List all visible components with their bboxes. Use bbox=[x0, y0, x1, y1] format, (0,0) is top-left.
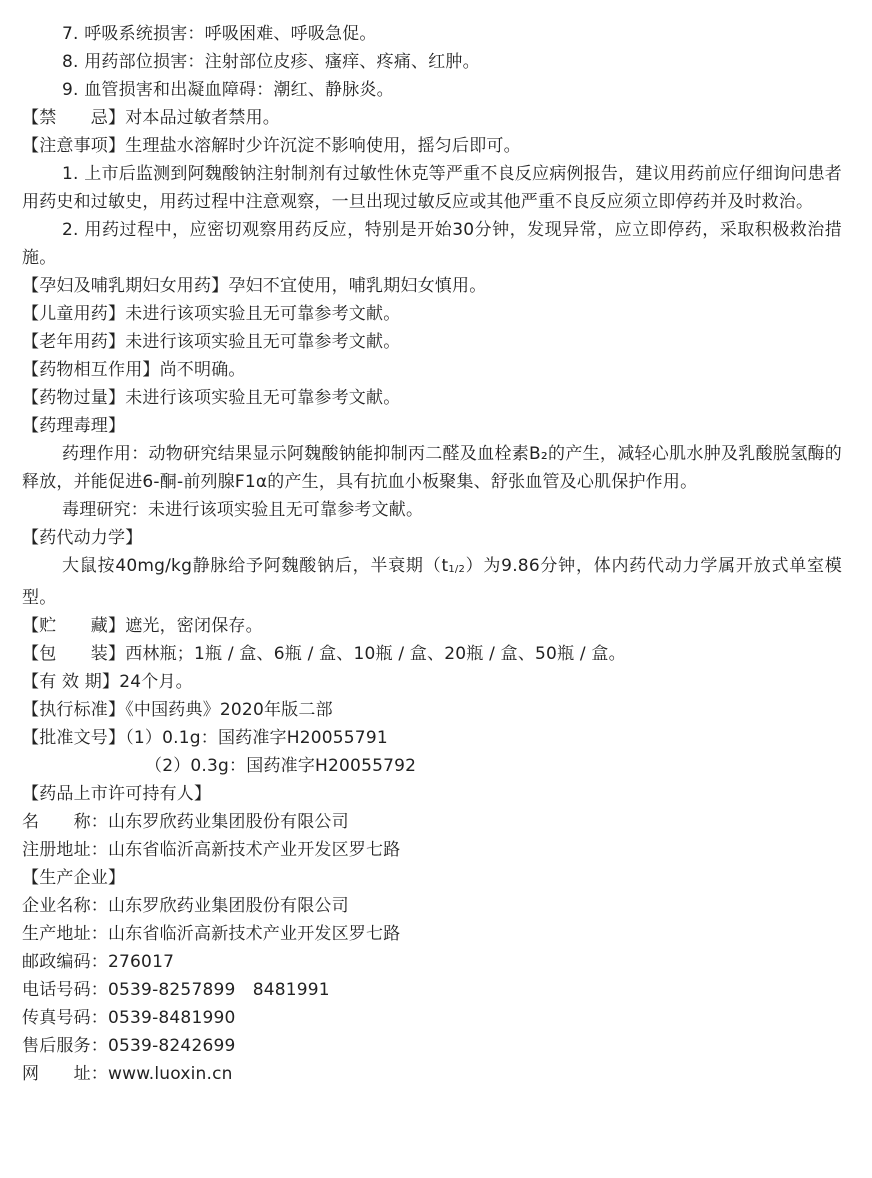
geriatric-section: 【老年用药】未进行该项实验且无可靠参考文献。 bbox=[22, 328, 842, 356]
section-text: 生理盐水溶解时少许沉淀不影响使用，摇匀后即可。 bbox=[125, 136, 521, 156]
section-label: 【包 装】 bbox=[22, 644, 125, 664]
pharmacology-heading: 【药理毒理】 bbox=[22, 412, 842, 440]
precaution-item-1: 1. 上市后监测到阿魏酸钠注射制剂有过敏性休克等严重不良反应病例报告，建议用药前… bbox=[22, 160, 842, 216]
pediatric-section: 【儿童用药】未进行该项实验且无可靠参考文献。 bbox=[22, 300, 842, 328]
section-text: 孕妇不宜使用，哺乳期妇女慎用。 bbox=[228, 276, 486, 296]
mah-address: 注册地址：山东省临沂高新技术产业开发区罗七路 bbox=[22, 836, 842, 864]
section-text: 遮光，密闭保存。 bbox=[125, 616, 263, 636]
approval-number-1: （1）0.1g：国药准字H20055791 bbox=[125, 728, 388, 748]
precaution-item-2: 2. 用药过程中，应密切观察用药反应，特别是开始30分钟，发现异常，应立即停药，… bbox=[22, 216, 842, 272]
section-label: 【禁 忌】 bbox=[22, 108, 125, 128]
manufacturer-name: 企业名称：山东罗欣药业集团股份有限公司 bbox=[22, 892, 842, 920]
manufacturer-address: 生产地址：山东省临沂高新技术产业开发区罗七路 bbox=[22, 920, 842, 948]
section-label: 【老年用药】 bbox=[22, 332, 125, 352]
section-text: 24个月。 bbox=[119, 672, 193, 692]
section-text: 未进行该项实验且无可靠参考文献。 bbox=[125, 388, 400, 408]
section-label: 【孕妇及哺乳期妇女用药】 bbox=[22, 276, 228, 296]
package-section: 【包 装】西林瓶；1瓶 / 盒、6瓶 / 盒、10瓶 / 盒、20瓶 / 盒、5… bbox=[22, 640, 842, 668]
adverse-item-7: 7. 呼吸系统损害：呼吸困难、呼吸急促。 bbox=[22, 20, 842, 48]
contraindications-section: 【禁 忌】对本品过敏者禁用。 bbox=[22, 104, 842, 132]
precautions-section: 【注意事项】生理盐水溶解时少许沉淀不影响使用，摇匀后即可。 bbox=[22, 132, 842, 160]
pharmacokinetics-heading: 【药代动力学】 bbox=[22, 524, 842, 552]
overdose-section: 【药物过量】未进行该项实验且无可靠参考文献。 bbox=[22, 384, 842, 412]
half-life-subscript: 1/2 bbox=[448, 564, 465, 575]
phone: 电话号码：0539-8257899 8481991 bbox=[22, 976, 842, 1004]
section-text: 未进行该项实验且无可靠参考文献。 bbox=[125, 332, 400, 352]
approval-number-2: （2）0.3g：国药准字H20055792 bbox=[22, 752, 842, 780]
website: 网 址：www.luoxin.cn bbox=[22, 1060, 842, 1088]
pharmacology-action: 药理作用：动物研究结果显示阿魏酸钠能抑制丙二醛及血栓素B₂的产生，减轻心肌水肿及… bbox=[22, 440, 842, 496]
mah-name: 名 称：山东罗欣药业集团股份有限公司 bbox=[22, 808, 842, 836]
manufacturer-heading: 【生产企业】 bbox=[22, 864, 842, 892]
section-label: 【贮 藏】 bbox=[22, 616, 125, 636]
section-text: 尚不明确。 bbox=[160, 360, 246, 380]
section-text: 未进行该项实验且无可靠参考文献。 bbox=[125, 304, 400, 324]
after-sales-service: 售后服务：0539-8242699 bbox=[22, 1032, 842, 1060]
section-text: 对本品过敏者禁用。 bbox=[125, 108, 280, 128]
approval-section: 【批准文号】（1）0.1g：国药准字H20055791 bbox=[22, 724, 842, 752]
drug-insert-document: 7. 呼吸系统损害：呼吸困难、呼吸急促。 8. 用药部位损害：注射部位皮疹、瘙痒… bbox=[22, 20, 842, 1088]
pregnancy-section: 【孕妇及哺乳期妇女用药】孕妇不宜使用，哺乳期妇女慎用。 bbox=[22, 272, 842, 300]
section-label: 【注意事项】 bbox=[22, 136, 125, 156]
interactions-section: 【药物相互作用】尚不明确。 bbox=[22, 356, 842, 384]
fax: 传真号码：0539-8481990 bbox=[22, 1004, 842, 1032]
section-label: 【儿童用药】 bbox=[22, 304, 125, 324]
section-label: 【批准文号】 bbox=[22, 728, 125, 748]
postcode: 邮政编码：276017 bbox=[22, 948, 842, 976]
toxicology-text: 毒理研究：未进行该项实验且无可靠参考文献。 bbox=[22, 496, 842, 524]
pk-text-before: 大鼠按40mg/kg静脉给予阿魏酸钠后，半衰期（t bbox=[62, 556, 448, 576]
section-text: 西林瓶；1瓶 / 盒、6瓶 / 盒、10瓶 / 盒、20瓶 / 盒、50瓶 / … bbox=[125, 644, 626, 664]
pharmacokinetics-text: 大鼠按40mg/kg静脉给予阿魏酸钠后，半衰期（t1/2）为9.86分钟，体内药… bbox=[22, 552, 842, 612]
adverse-item-8: 8. 用药部位损害：注射部位皮疹、瘙痒、疼痛、红肿。 bbox=[22, 48, 842, 76]
section-label: 【药物过量】 bbox=[22, 388, 125, 408]
adverse-item-9: 9. 血管损害和出凝血障碍：潮红、静脉炎。 bbox=[22, 76, 842, 104]
storage-section: 【贮 藏】遮光，密闭保存。 bbox=[22, 612, 842, 640]
mah-heading: 【药品上市许可持有人】 bbox=[22, 780, 842, 808]
section-label: 【药物相互作用】 bbox=[22, 360, 160, 380]
standard-section: 【执行标准】《中国药典》2020年版二部 bbox=[22, 696, 842, 724]
section-label: 【有 效 期】 bbox=[22, 672, 119, 692]
section-label: 【执行标准】 bbox=[22, 700, 125, 720]
section-text: 《中国药典》2020年版二部 bbox=[125, 700, 333, 720]
validity-section: 【有 效 期】24个月。 bbox=[22, 668, 842, 696]
